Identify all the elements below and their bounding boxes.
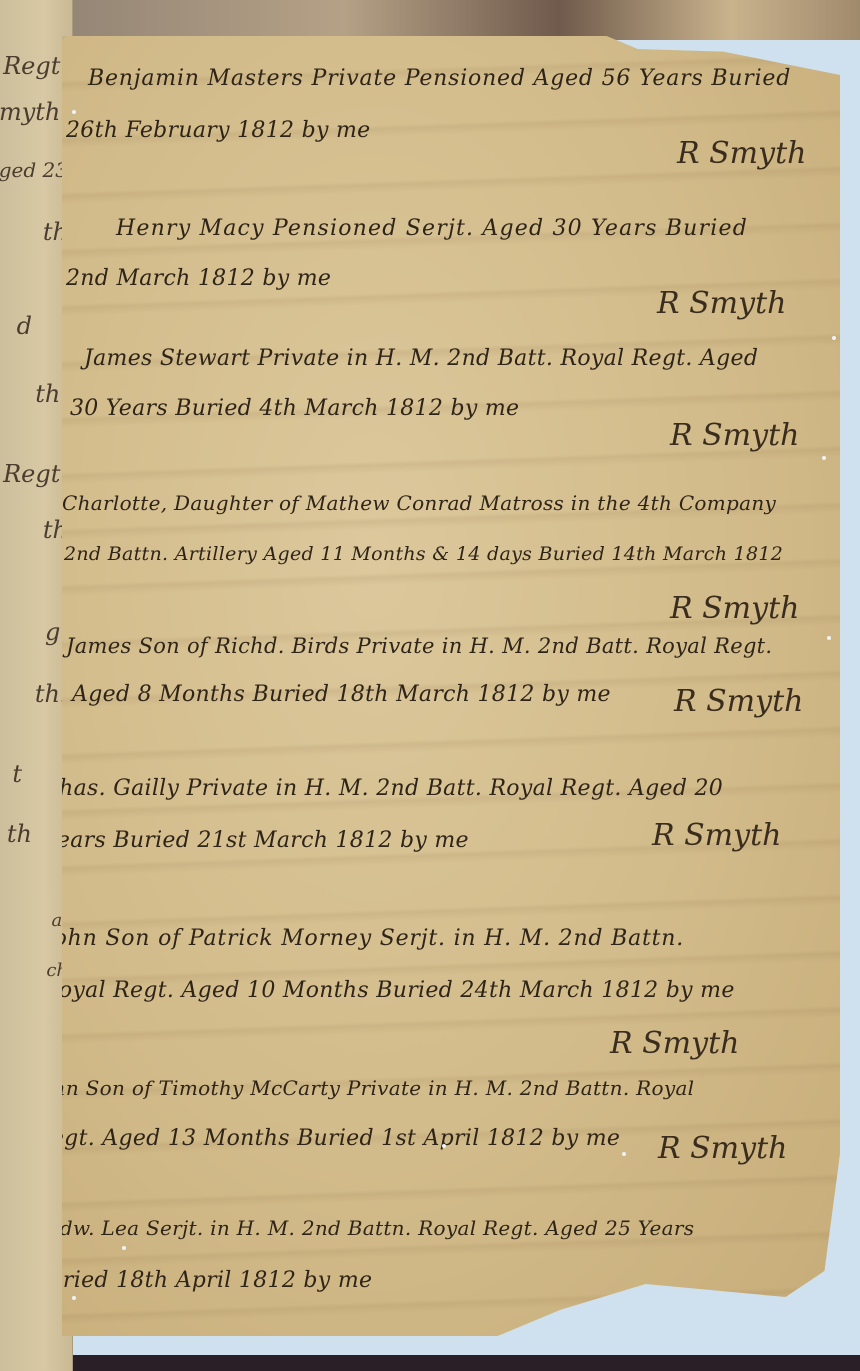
entry-line-1: Chas. Gailly Private in H. M. 2nd Batt. … — [42, 776, 723, 801]
signature: R Smyth — [674, 684, 803, 719]
pin-hole — [72, 110, 76, 114]
background-bottom-edge — [0, 1355, 860, 1371]
signature: R Smyth — [657, 286, 786, 321]
entry-line-2: 2nd Battn. Artillery Aged 11 Months & 14… — [64, 543, 783, 565]
entry-line-1: Charlotte, Daughter of Mathew Conrad Mat… — [62, 491, 776, 515]
entry-line-2: Aged 8 Months Buried 18th March 1812 by … — [72, 682, 611, 707]
entry-line-2: Buried 18th April 1812 by me — [32, 1268, 372, 1293]
entry-line-2: 2nd March 1812 by me — [66, 266, 331, 291]
left-fragment: Smyth. — [0, 98, 68, 126]
entry-line-1: James Stewart Private in H. M. 2nd Batt.… — [84, 346, 758, 371]
left-fragment: th — [7, 820, 32, 848]
entry-line-1: Andw. Lea Serjt. in H. M. 2nd Battn. Roy… — [32, 1216, 694, 1240]
signature: R Smyth — [610, 1026, 739, 1061]
entry-line-1: John Son of Patrick Morney Serjt. in H. … — [44, 926, 684, 951]
left-fragment: d — [17, 312, 32, 340]
entry-line-2: Royal Regt. Aged 10 Months Buried 24th M… — [42, 978, 735, 1003]
left-fragment: Regt. — [3, 52, 68, 80]
signature: R Smyth — [652, 818, 781, 853]
pin-hole — [832, 336, 836, 340]
pin-hole — [122, 1246, 126, 1250]
entry-line-2: Years Buried 21st March 1812 by me — [44, 828, 469, 853]
pin-hole — [442, 1144, 446, 1148]
entry-line-1: John Son of Timothy McCarty Private in H… — [32, 1076, 694, 1100]
signature: R Smyth — [658, 1131, 787, 1166]
pin-hole — [72, 1296, 76, 1300]
entry-line-1: Benjamin Masters Private Pensioned Aged … — [88, 66, 791, 91]
entry-line-1: James Son of Richd. Birds Private in H. … — [66, 634, 772, 658]
pin-hole — [822, 456, 826, 460]
signature: R Smyth — [677, 136, 806, 171]
signature: R Smyth — [670, 418, 799, 453]
entry-line-2: 30 Years Buried 4th March 1812 by me — [70, 396, 519, 421]
pin-hole — [622, 1152, 626, 1156]
register-page: Benjamin Masters Private Pensioned Aged … — [62, 36, 840, 1336]
entry-line-2: 26th February 1812 by me — [66, 118, 370, 143]
left-fragment: Aged 23 — [0, 158, 68, 182]
left-fragment: t — [12, 760, 22, 788]
pin-hole — [827, 636, 831, 640]
background-top — [0, 0, 860, 40]
left-fragment: Regt. — [3, 460, 68, 488]
signature: R Smyth — [670, 591, 799, 626]
entry-line-1: Henry Macy Pensioned Serjt. Aged 30 Year… — [116, 216, 748, 241]
entry-line-2: Regt. Aged 13 Months Buried 1st April 18… — [34, 1126, 620, 1151]
